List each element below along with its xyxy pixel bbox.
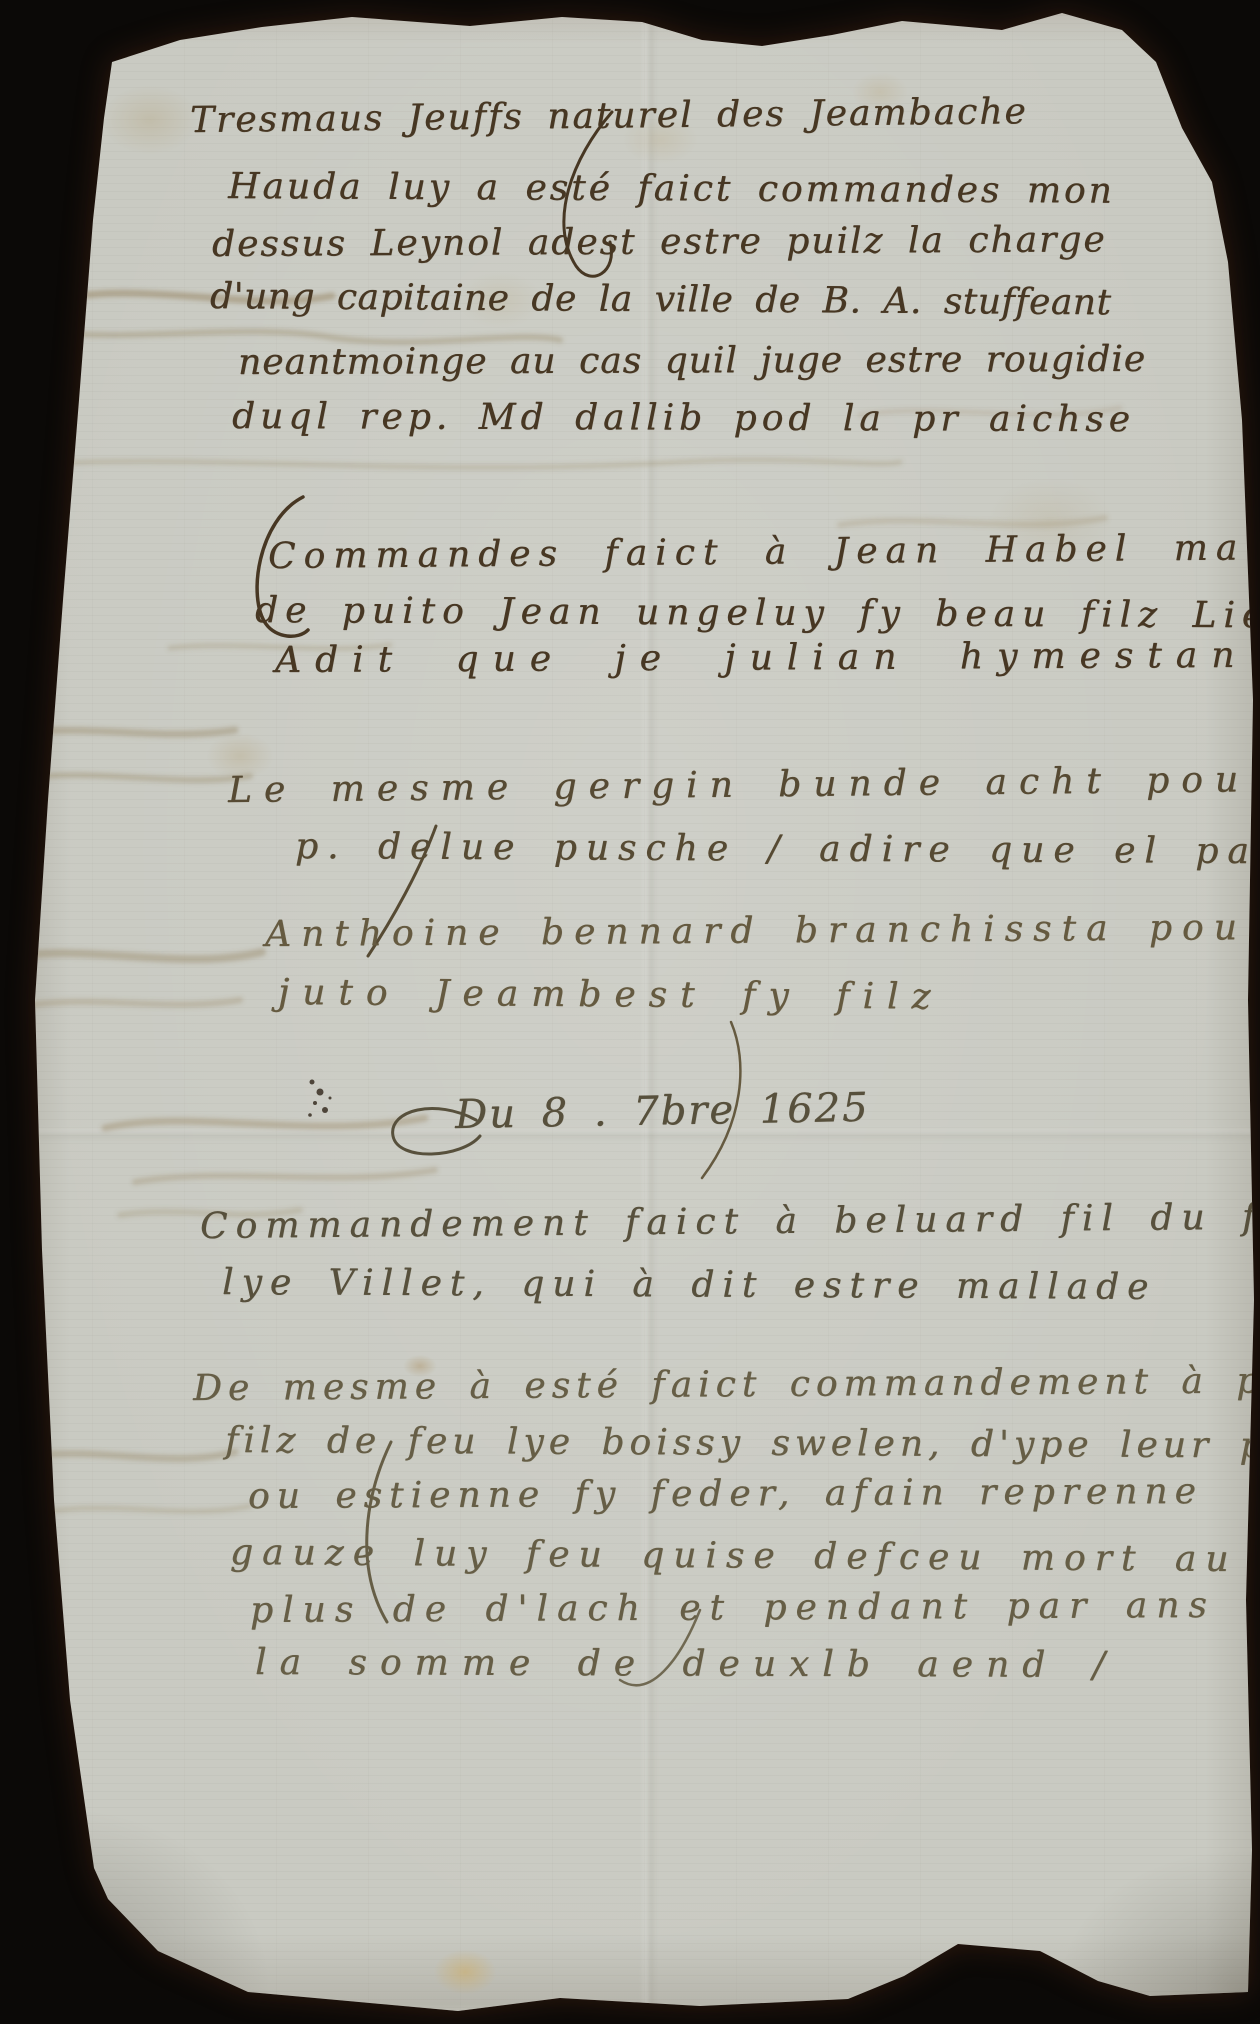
manuscript-line: Tresmaus Jeuffs naturel des Jeambache [190, 91, 1028, 141]
manuscript-line: de puito Jean ungeluy fy beau filz Liepe… [255, 590, 1260, 637]
manuscript-line: neantmoinge au cas quil juge estre rougi… [238, 339, 1146, 383]
manuscript-line: ou estienne fy feder, afain reprenne [248, 1471, 1203, 1517]
manuscript-line: Commandes faict à Jean Habel manchot [268, 526, 1260, 577]
manuscript-line: dessus Leynol adest estre puilz la charg… [212, 219, 1107, 265]
handwriting-layer: Tresmaus Jeuffs naturel des Jeambache Ha… [0, 0, 1260, 2024]
paper-shadow: Tresmaus Jeuffs naturel des Jeambache Ha… [0, 0, 1260, 2024]
manuscript-line: Anthoine bennard branchissta pour [265, 907, 1260, 955]
manuscript-line: d'ung capitaine de la ville de B. A. stu… [210, 276, 1112, 323]
date-line: Du 8 . 7bre 1625 [455, 1085, 870, 1138]
manuscript-line: De mesme à esté faict commandement à pie… [193, 1360, 1260, 1409]
manuscript-line: filz de feu lye boissy swelen, d'ype leu… [225, 1420, 1260, 1467]
manuscript-line: lye Villet, qui à dit estre mallade [222, 1262, 1157, 1308]
manuscript-line: juto Jeambest fy filz [278, 972, 944, 1018]
manuscript-line: plus de d'lach et pendant par ans [250, 1585, 1216, 1631]
manuscript-photo: Tresmaus Jeuffs naturel des Jeambache Ha… [0, 0, 1260, 2024]
manuscript-line: Commandement faict à beluard fil du feu [200, 1196, 1260, 1247]
manuscript-line: Hauda luy a esté faict commandes mon [228, 166, 1115, 212]
manuscript-line: la somme de deuxlb aend / [255, 1642, 1118, 1686]
manuscript-line: gauze luy feu quise defceu mort au [230, 1532, 1238, 1580]
manuscript-line: Adit que je julian hymestan [275, 635, 1249, 681]
manuscript-line: p. delue pusche / adire que el pal [295, 826, 1260, 872]
manuscript-line: duql rep. Md dallib pod la pr aichse [232, 396, 1135, 440]
paper-sheet: Tresmaus Jeuffs naturel des Jeambache Ha… [0, 0, 1260, 2024]
manuscript-line: Le mesme gergin bunde acht pour [228, 759, 1260, 811]
